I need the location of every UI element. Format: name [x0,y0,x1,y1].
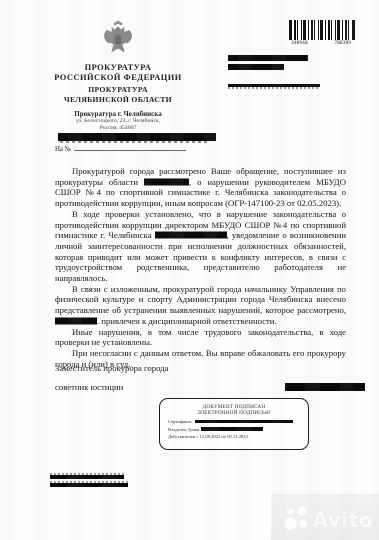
signer-position: Заместитель прокурора города [55,363,168,373]
executor-block [50,473,128,489]
redaction-strike-bar [50,475,124,479]
signer-name-redaction-bar [285,383,365,391]
inline-redaction-bar [55,317,97,324]
paragraph-1: Прокуратурой города рассмотрено Ваше обр… [55,166,346,209]
redaction-strike-bar [50,483,128,487]
executor-redacted-line-1 [50,473,128,481]
paragraph-3-text-after: . привлечен к дисциплинарной ответственн… [97,316,277,326]
avito-logo: Avito [284,506,373,533]
recipient-name-redaction-bar [228,55,308,61]
stamp-validity-row: Действителен с 12.08.2022 по 05.11.2023 [160,434,308,439]
recipient-name-redaction-bar-2 [228,64,284,70]
certificate-redaction-bar [195,420,293,424]
org-name-line2: РОССИЙСКОЙ ФЕДЕРАЦИИ [28,73,208,83]
paragraph-3-text: В связи с изложенным, прокуратурой город… [55,284,346,315]
recipient-block [228,55,360,89]
paragraph-4: Иные нарушения, в том числе трудового за… [55,327,346,348]
office-name: Прокуратура г. Челябинска [28,110,208,118]
stamp-title-line2: ЭЛЕКТРОННОЙ ПОДПИСЬЮ [160,410,308,416]
avito-dots-icon [284,506,310,533]
paragraph-2: В ходе проверки установлено, что в наруш… [55,209,346,284]
inline-redaction-bar [155,232,227,239]
signer-rank: советник юстиции [55,382,123,392]
executor-redacted-line-2 [50,481,128,489]
electronic-signature-stamp: ДОКУМЕНТ ПОДПИСАН ЭЛЕКТРОННОЙ ПОДПИСЬЮ С… [159,398,309,450]
recipient-email-redacted [228,82,320,89]
org-name-line3: ПРОКУРАТУРА [28,85,208,95]
letterhead: ПРОКУРАТУРА РОССИЙСКОЙ ФЕДЕРАЦИИ ПРОКУРА… [28,20,208,132]
barcode-number-right: 788309 [334,41,351,46]
barcode [289,20,355,40]
org-name-line1: ПРОКУРАТУРА [28,63,208,73]
barcode-numbers: 340940 788309 [289,40,353,46]
watermark-label: Avito [313,508,373,532]
letter-body: Прокуратурой города рассмотрено Ваше обр… [55,166,346,369]
reference-underline [74,144,186,151]
watermark-zone: Avito [271,494,379,540]
document-page: ПРОКУРАТУРА РОССИЙСКОЙ ФЕДЕРАЦИИ ПРОКУРА… [0,0,379,540]
coat-of-arms-eagle-icon [100,20,136,58]
certificate-label: Сертификат: [168,419,193,424]
validity-text: Действителен с 12.08.2022 по 05.11.2023 [168,434,248,439]
redaction-strike-bar [228,84,320,87]
barcode-number-left: 340940 [291,41,308,46]
barcode-block: 340940 788309 [289,20,353,46]
paragraph-3: В связи с изложенным, прокуратурой город… [55,284,346,327]
stamp-certificate-row: Сертификат: [160,419,308,424]
office-address-line1: ул. Белостоцкого, 23, г. Челябинск, [28,118,208,125]
stamp-owner-row: Владелец Травн [160,427,308,432]
org-name-line4: ЧЕЛЯБИНСКОЙ ОБЛАСТИ [28,95,208,105]
reference-line: На № [55,144,186,153]
owner-label: Владелец Травн [168,427,199,432]
office-address-line2: Россия, 454007 [28,125,208,132]
inline-redaction-bar [144,178,189,185]
owner-redaction-bar [201,427,263,431]
reference-label: На № [55,146,71,153]
outgoing-number-redaction-bar [58,133,216,141]
